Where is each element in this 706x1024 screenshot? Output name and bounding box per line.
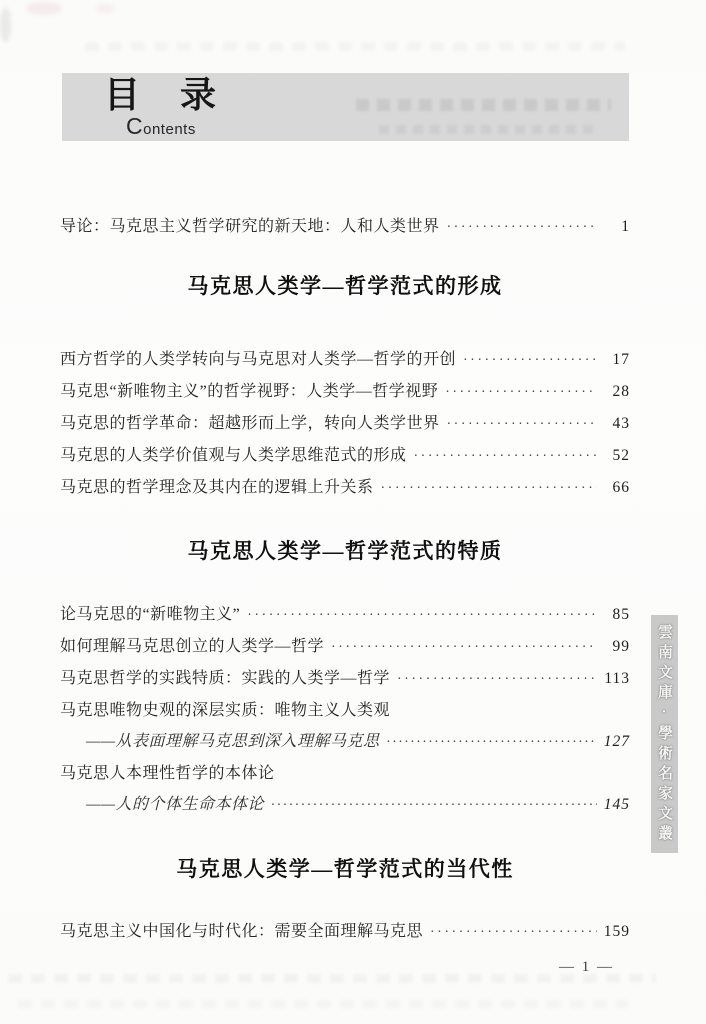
dot-leader: ········································…: [247, 604, 597, 628]
toc-entry: 论马克思的“新唯物主义” ···························…: [60, 603, 630, 628]
entry-label: ——人的个体生命本体论: [86, 793, 264, 817]
entry-label: 马克思的哲学理念及其内在的逻辑上升关系: [60, 476, 374, 500]
red-ink-smudge: [26, 2, 62, 15]
series-title-strip: 雲南文庫·學術名家文叢: [651, 615, 678, 853]
dot-leader: ········································…: [430, 921, 597, 945]
page-ref: 17: [602, 348, 630, 372]
page-ref: 52: [602, 444, 630, 468]
entry-label: 马克思的人类学价值观与人类学思维范式的形成: [60, 444, 407, 468]
page-ref: 1: [602, 215, 630, 239]
toc-entry: 马克思的哲学革命：超越形而上学，转向人类学世界 ················…: [60, 412, 630, 437]
entry-label: 马克思哲学的实践特质：实践的人类学—哲学: [60, 667, 390, 691]
dot-leader: ········································…: [445, 381, 597, 405]
toc-entry: 马克思的人类学价值观与人类学思维范式的形成 ··················…: [60, 444, 630, 469]
red-ink-smudge: [96, 4, 114, 13]
entry-label: 导论：马克思主义哲学研究的新天地：人和人类世界: [60, 215, 440, 239]
dot-leader: ········································…: [271, 794, 597, 818]
page-ref: 159: [602, 920, 630, 944]
toc-subentry: ——从表面理解马克思到深入理解马克思 ·····················…: [60, 730, 630, 755]
dot-leader: ········································…: [331, 636, 597, 660]
section-heading: 马克思人类学—哲学范式的形成: [60, 272, 630, 301]
entry-label: 如何理解马克思创立的人类学—哲学: [60, 635, 324, 659]
page-ref: 85: [602, 603, 630, 627]
toc-header-band: 目 录 Contents: [62, 73, 629, 141]
page-ref: 28: [602, 380, 630, 404]
dot-leader: ········································…: [386, 731, 597, 755]
toc-entry: 马克思哲学的实践特质：实践的人类学—哲学 ···················…: [60, 667, 630, 692]
contents-initial: C: [126, 113, 143, 139]
entry-label: 西方哲学的人类学转向与马克思对人类学—哲学的开创: [60, 348, 456, 372]
toc-entry: 马克思“新唯物主义”的哲学视野：人类学—哲学视野 ···············…: [60, 380, 630, 405]
toc-entry: 马克思唯物史观的深层实质：唯物主义人类观: [60, 699, 630, 723]
toc-entry: 导论：马克思主义哲学研究的新天地：人和人类世界 ················…: [60, 215, 630, 240]
section-heading: 马克思人类学—哲学范式的特质: [60, 537, 630, 566]
entry-label: 论马克思的“新唯物主义”: [60, 603, 240, 627]
page-ref: 127: [602, 730, 630, 754]
toc-entry: 马克思人本理性哲学的本体论: [60, 762, 630, 786]
scanned-book-page: 目 录 Contents 导论：马克思主义哲学研究的新天地：人和人类世界 ···…: [0, 0, 706, 1024]
contents-rest: ontents: [143, 121, 196, 138]
entry-label: 马克思人本理性哲学的本体论: [60, 762, 275, 786]
bleed-through-artifact: [379, 125, 599, 134]
dot-leader: ········································…: [447, 413, 597, 437]
bleed-through-artifact: [18, 1000, 628, 1008]
bleed-through-artifact: [8, 974, 656, 983]
dot-leader: ········································…: [397, 668, 597, 692]
toc-entry: 马克思的哲学理念及其内在的逻辑上升关系 ····················…: [60, 476, 630, 501]
toc-entry: 西方哲学的人类学转向与马克思对人类学—哲学的开创 ···············…: [60, 348, 630, 373]
bleed-through-artifact: [356, 99, 611, 111]
bleed-through-artifact: [85, 42, 625, 51]
entry-label: 马克思的哲学革命：超越形而上学，转向人类学世界: [60, 412, 440, 436]
section-heading: 马克思人类学—哲学范式的当代性: [60, 855, 630, 884]
page-ref: 113: [602, 667, 630, 691]
dot-leader: ········································…: [463, 349, 597, 373]
entry-label: 马克思“新唯物主义”的哲学视野：人类学—哲学视野: [60, 380, 438, 404]
series-title-text: 雲南文庫·學術名家文叢: [654, 615, 675, 853]
entry-label: 马克思主义中国化与时代化：需要全面理解马克思: [60, 920, 423, 944]
dot-leader: ········································…: [381, 477, 597, 501]
page-edge-smudge: [0, 8, 11, 42]
toc-subentry: ——人的个体生命本体论 ····························…: [60, 793, 630, 818]
page-ref: 43: [602, 412, 630, 436]
page-ref: 66: [602, 476, 630, 500]
dot-leader: ········································…: [414, 445, 597, 469]
entry-label: ——从表面理解马克思到深入理解马克思: [86, 730, 379, 754]
entry-label: 马克思唯物史观的深层实质：唯物主义人类观: [60, 699, 390, 723]
table-of-contents: 导论：马克思主义哲学研究的新天地：人和人类世界 ················…: [0, 141, 706, 976]
page-ref: 99: [602, 635, 630, 659]
page-title: 目 录: [104, 73, 218, 117]
page-title-english: Contents: [126, 113, 196, 140]
page-ref: 145: [602, 793, 630, 817]
toc-entry: 马克思主义中国化与时代化：需要全面理解马克思 ·················…: [60, 920, 630, 945]
toc-entry: 如何理解马克思创立的人类学—哲学 ·······················…: [60, 635, 630, 660]
dot-leader: ········································…: [447, 216, 597, 240]
